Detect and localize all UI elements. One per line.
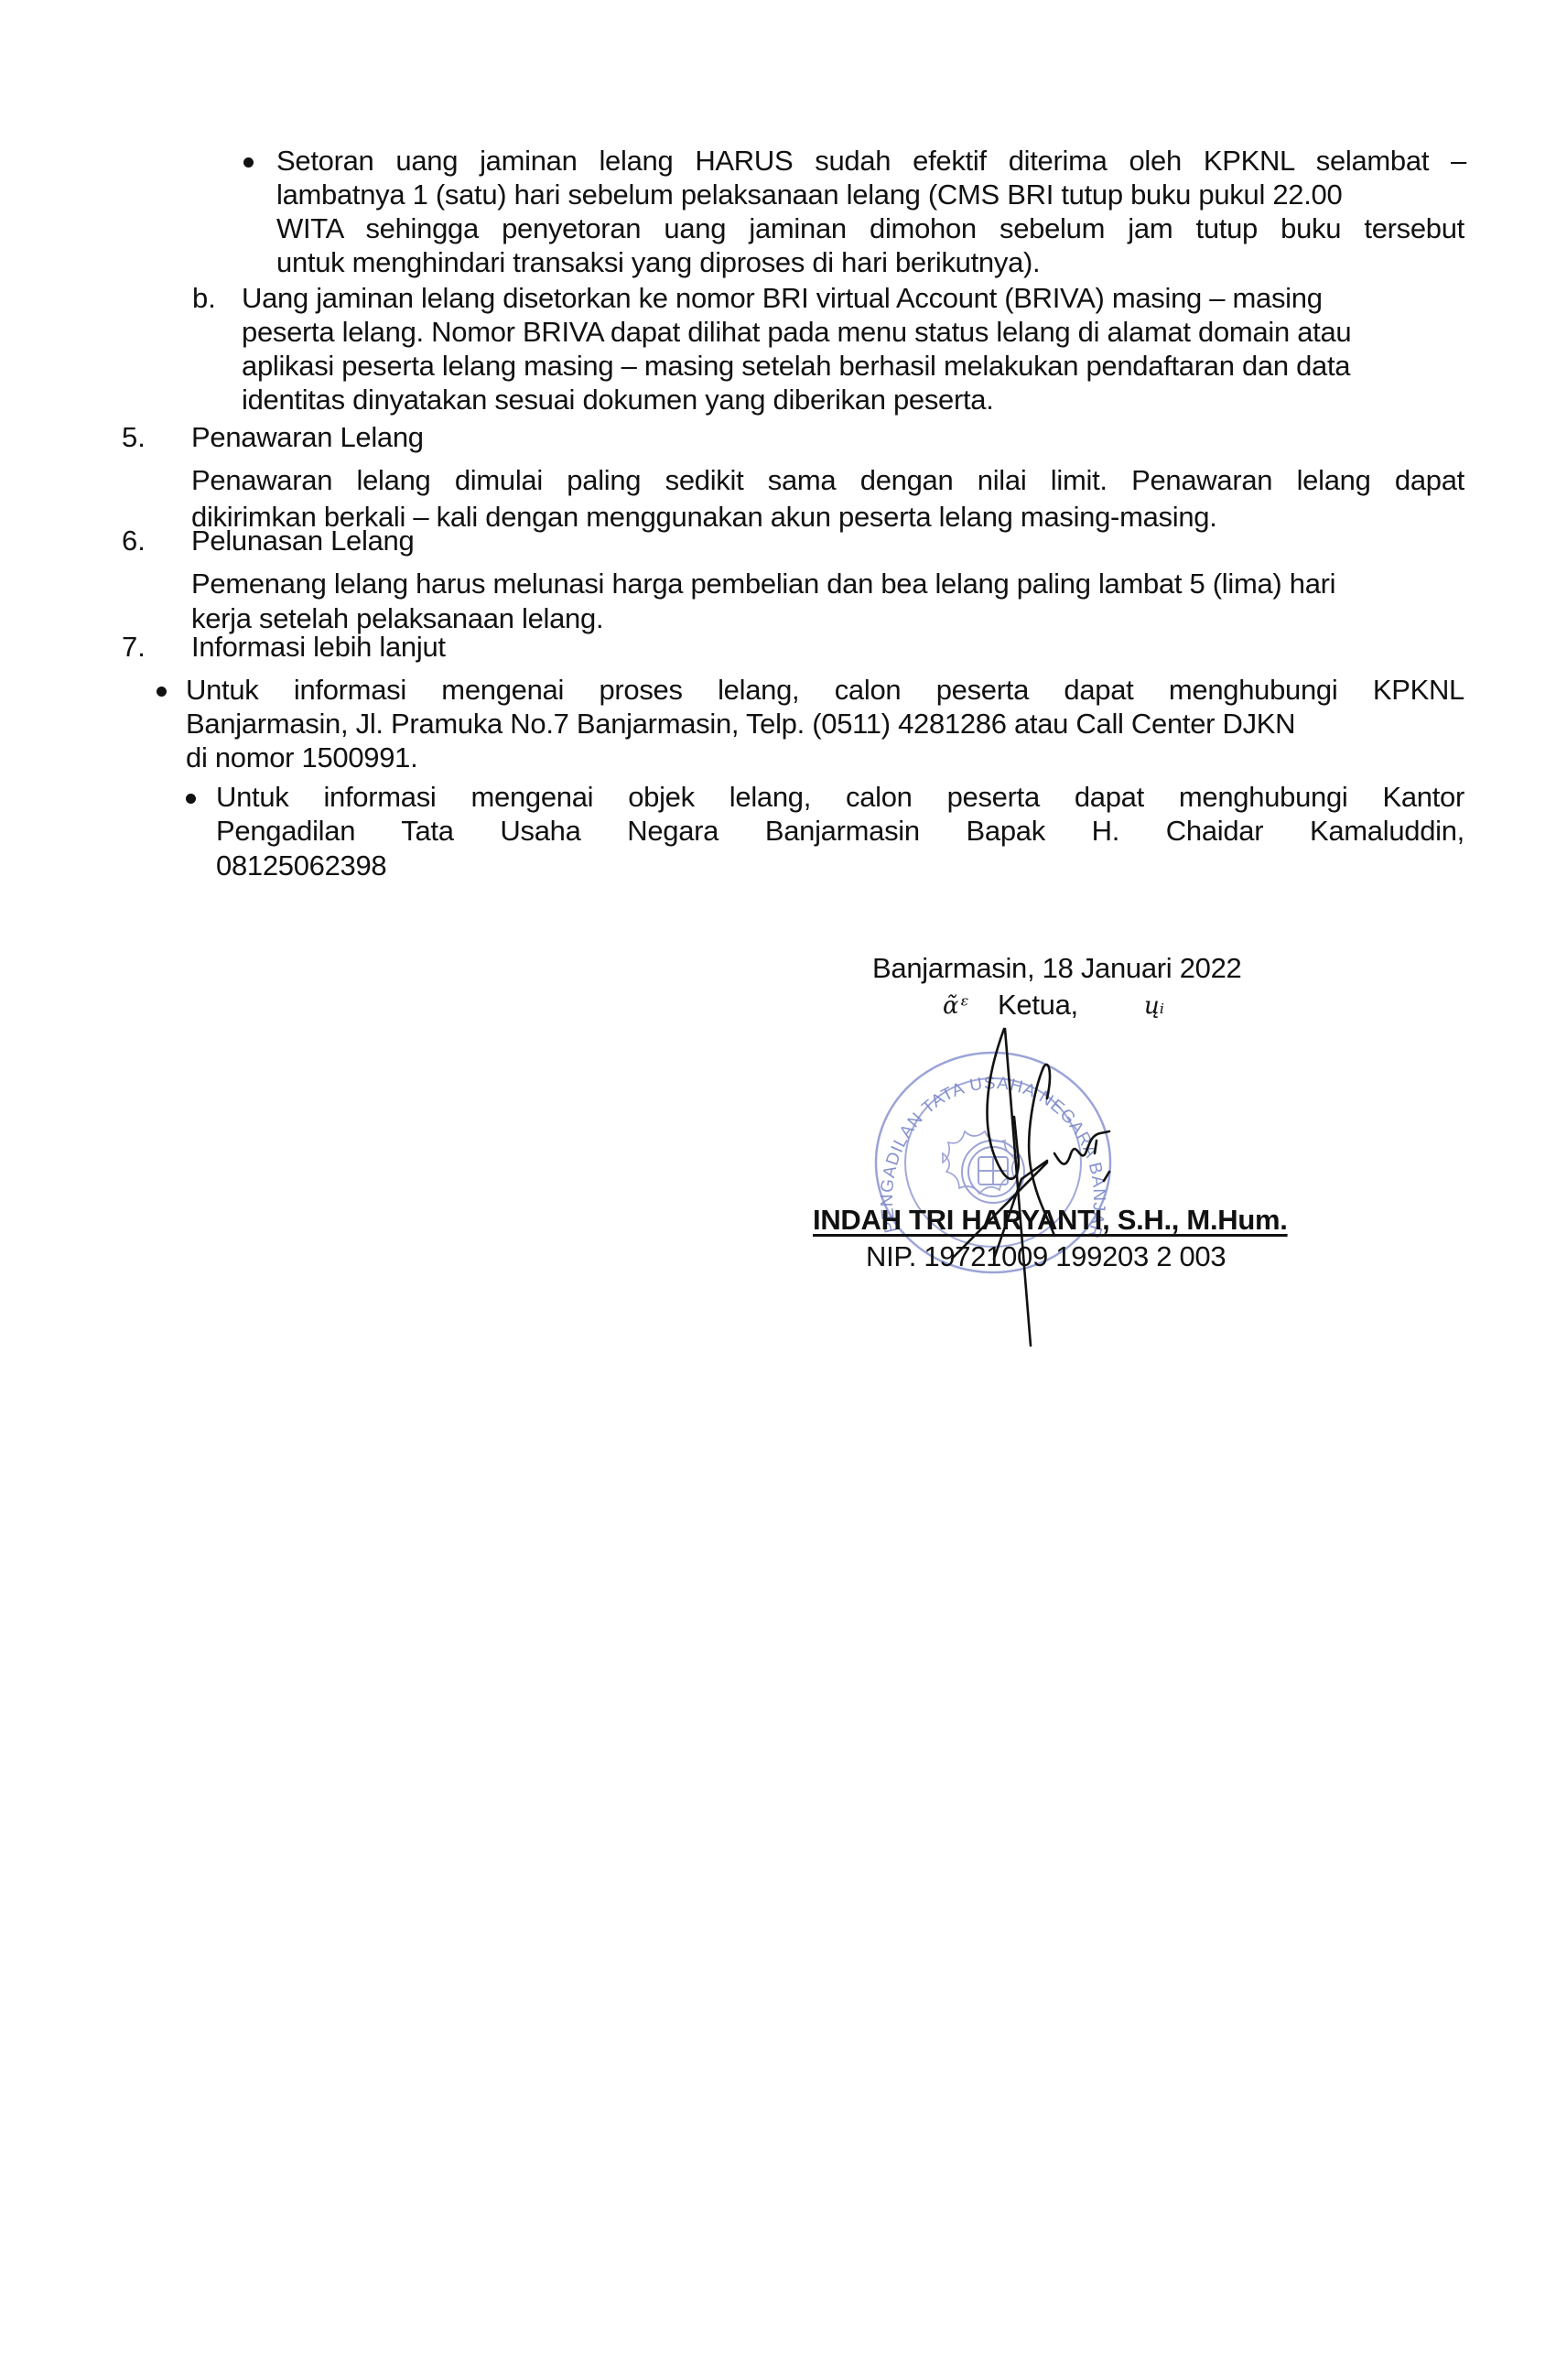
bullet-icon (157, 687, 167, 697)
item-b-line-3: aplikasi peserta lelang masing – masing … (242, 350, 1350, 383)
deposit-line-4: untuk menghindari transaksi yang diprose… (276, 246, 1040, 279)
section-7-marker: 7. (122, 631, 146, 664)
item-b-line-4: identitas dinyatakan sesuai dokumen yang… (242, 384, 994, 416)
item-b-line-1: Uang jaminan lelang disetorkan ke nomor … (242, 282, 1323, 315)
process-line-1: Untuk informasi mengenai proses lelang, … (186, 674, 1464, 707)
section-6-line-1: Pemenang lelang harus melunasi harga pem… (191, 568, 1335, 600)
signature-place-date: Banjarmasin, 18 Januari 2022 (872, 952, 1241, 985)
deposit-line-3: WITA sehingga penyetoran uang jaminan di… (276, 212, 1464, 245)
bullet-icon (186, 794, 196, 804)
object-line-2: Pengadilan Tata Usaha Negara Banjarmasin… (216, 815, 1464, 848)
deposit-line-1: Setoran uang jaminan lelang HARUS sudah … (276, 145, 1466, 178)
process-line-3: di nomor 1500991. (186, 741, 417, 774)
document-page: Setoran uang jaminan lelang HARUS sudah … (0, 0, 1556, 2380)
section-5-title: Penawaran Lelang (191, 421, 424, 454)
item-b-marker: b. (192, 282, 216, 315)
deposit-line-2: lambatnya 1 (satu) hari sebelum pelaksan… (276, 178, 1342, 211)
signatory-nip: NIP. 19721009 199203 2 003 (866, 1240, 1226, 1273)
item-b-line-2: peserta lelang. Nomor BRIVA dapat diliha… (242, 316, 1351, 349)
section-5-line-1: Penawaran lelang dimulai paling sedikit … (191, 464, 1464, 497)
process-line-2: Banjarmasin, Jl. Pramuka No.7 Banjarmasi… (186, 708, 1295, 741)
bullet-icon (243, 157, 254, 168)
section-7-title: Informasi lebih lanjut (191, 631, 446, 664)
section-6-marker: 6. (122, 525, 146, 557)
section-5-marker: 5. (122, 421, 146, 454)
signatory-name: INDAH TRI HARYANTI, S.H., M.Hum. (813, 1204, 1288, 1237)
signature-block: PENGADILAN TATA USAHA NEGARA BANJARMASIN… (805, 952, 1391, 1336)
section-6-title: Pelunasan Lelang (191, 525, 414, 557)
handwritten-signature-icon (860, 1016, 1190, 1346)
object-line-3: 08125062398 (216, 849, 386, 882)
object-line-1: Untuk informasi mengenai objek lelang, c… (216, 781, 1464, 814)
